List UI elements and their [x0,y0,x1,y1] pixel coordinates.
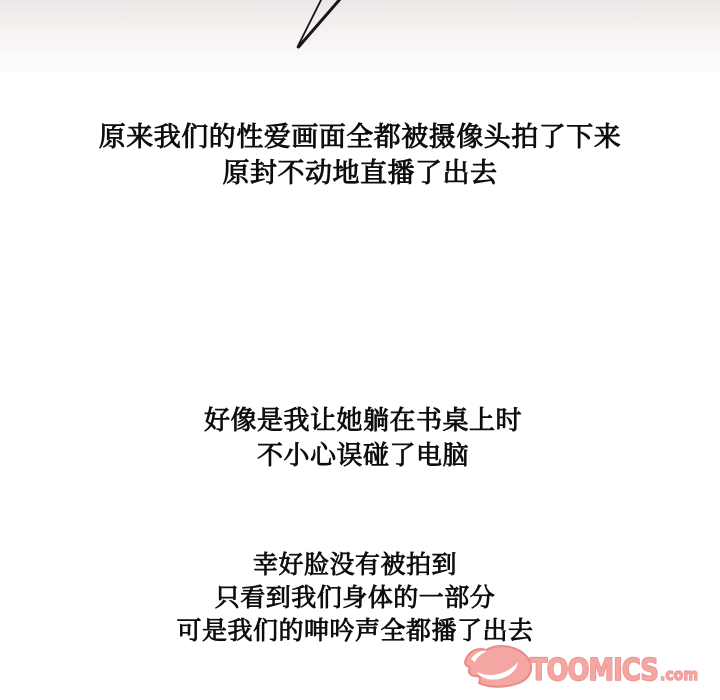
caption-block-1: 原来我们的性爱画面全都被摄像头拍了下来 原封不动地直播了出去 [0,120,720,192]
caption-line: 可是我们的呻吟声全都播了出去 [0,614,715,647]
watermark-tld-text: .com [660,665,698,684]
caption-line: 幸好脸没有被拍到 [0,548,715,581]
caption-block-2: 好像是我让她躺在书桌上时 不小心误碰了电脑 [3,404,720,474]
page-top-shading [0,0,720,78]
caption-line: 原封不动地直播了出去 [0,156,720,192]
caption-line: 只看到我们身体的一部分 [0,581,715,614]
comic-page: 原来我们的性爱画面全都被摄像头拍了下来 原封不动地直播了出去 好像是我让她躺在书… [0,0,720,700]
caption-line: 原来我们的性爱画面全都被摄像头拍了下来 [0,120,720,156]
caption-line: 不小心误碰了电脑 [3,439,720,474]
caption-block-3: 幸好脸没有被拍到 只看到我们身体的一部分 可是我们的呻吟声全都播了出去 [0,548,715,647]
caption-line: 好像是我让她躺在书桌上时 [3,404,720,439]
watermark-brand-text: TOOMICS [530,653,658,688]
toomics-logo-icon [465,646,531,687]
toomics-watermark: TOOMICS .com [462,644,700,694]
speech-bubble-tail [280,0,360,52]
